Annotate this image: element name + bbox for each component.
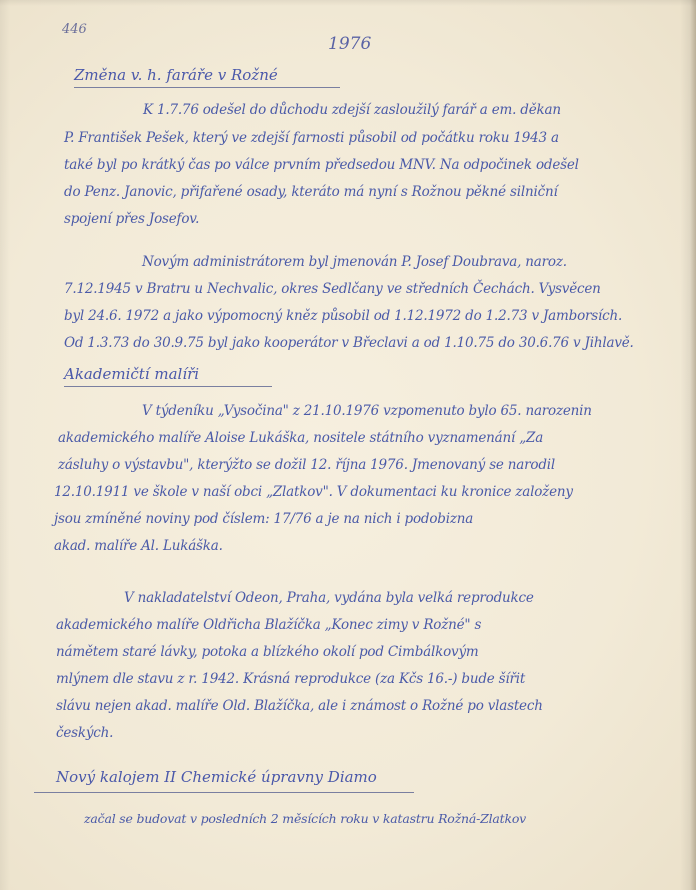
text-line: 12.10.1911 ve škole v naší obci „Zlatkov… (54, 486, 573, 500)
text-line: Novým administrátorem byl jmenován P. Jo… (142, 256, 567, 270)
text-line: akad. malíře Al. Lukáška. (54, 540, 223, 554)
text-line: mlýnem dle stavu z r. 1942. Krásná repro… (56, 673, 525, 687)
text-line: jsou zmíněné noviny pod číslem: 17/76 a … (54, 513, 473, 527)
text-line: začal se budovat v posledních 2 měsících… (84, 813, 526, 826)
year-heading: 1976 (328, 34, 371, 54)
page-edge-shadow (690, 0, 696, 890)
chronicle-page: 446 1976 Změna v. h. faráře v Rožné K 1.… (0, 0, 696, 890)
section-heading: Akademičtí malíři (64, 365, 199, 383)
text-line: námětem staré lávky, potoka a blízkého o… (56, 646, 479, 660)
text-line: Od 1.3.73 do 30.9.75 byl jako kooperátor… (64, 337, 634, 351)
text-line: slávu nejen akad. malíře Old. Blažíčka, … (56, 700, 543, 714)
text-line: 7.12.1945 v Bratru u Nechvalic, okres Se… (64, 283, 601, 297)
text-line: spojení přes Josefov. (64, 213, 199, 227)
section-heading: Změna v. h. faráře v Rožné (74, 66, 278, 84)
text-line: českých. (56, 727, 113, 741)
page-number: 446 (62, 22, 87, 37)
text-line: akademického malíře Aloise Lukáška, nosi… (58, 432, 543, 446)
heading-underline (74, 87, 340, 88)
text-line: do Penz. Janovic, přifařené osady, která… (64, 186, 558, 200)
heading-underline (34, 792, 414, 793)
section-heading: Nový kalojem II Chemické úpravny Diamo (56, 768, 377, 786)
text-line: byl 24.6. 1972 a jako výpomocný kněz půs… (64, 310, 622, 324)
text-line: zásluhy o výstavbu", kterýžto se dožil 1… (58, 459, 555, 473)
text-line: K 1.7.76 odešel do důchodu zdejší zaslou… (143, 104, 561, 118)
text-line: také byl po krátký čas po válce prvním p… (64, 159, 579, 173)
text-line: V nakladatelství Odeon, Praha, vydána by… (124, 592, 534, 606)
heading-underline (64, 386, 272, 387)
text-line: akademického malíře Oldřicha Blažíčka „K… (56, 619, 481, 633)
text-line: V týdeníku „Vysočina" z 21.10.1976 vzpom… (142, 405, 592, 419)
text-line: P. František Pešek, který ve zdejší farn… (64, 132, 559, 146)
